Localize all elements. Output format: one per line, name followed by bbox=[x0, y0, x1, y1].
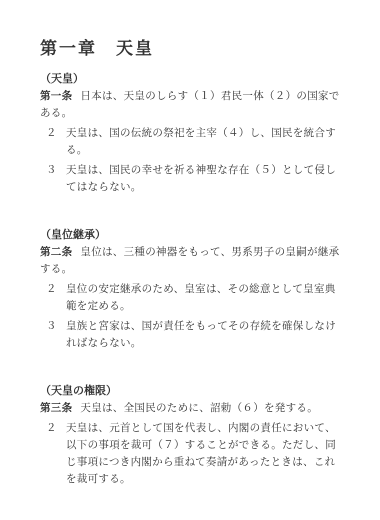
article-caption: （皇位継承） bbox=[40, 228, 340, 244]
article-1: 第一条日本は、天皇のしらす（１）君民一体（２）の国家である。 bbox=[40, 88, 340, 122]
paragraph-text: 皇族と宮家は、国が責任をもってその存続を確保しなければならない。 bbox=[66, 320, 336, 349]
section-emperor: （天皇） 第一条日本は、天皇のしらす（１）君民一体（２）の国家である。 ２ 天皇… bbox=[40, 72, 340, 196]
section-succession: （皇位継承） 第二条皇位は、三種の神器をもって、男系男子の皇嗣が継承する。 ２ … bbox=[40, 228, 340, 352]
article-caption: （天皇） bbox=[40, 72, 340, 88]
article-caption: （天皇の権限） bbox=[40, 384, 340, 400]
article-number: 第二条 bbox=[40, 246, 72, 258]
article-3: 第三条天皇は、全国民のために、詔勅（６）を発する。 bbox=[40, 400, 340, 417]
paragraph-number: ２ bbox=[46, 125, 66, 142]
paragraph-number: ２ bbox=[46, 420, 66, 437]
paragraph-2-2: ２ 皇位の安定継承のため、皇室は、その総意として皇室典範を定める。 bbox=[40, 281, 340, 315]
article-text: 皇位は、三種の神器をもって、男系男子の皇嗣が継承する。 bbox=[40, 246, 339, 275]
paragraph-1-3: ３ 天皇は、国民の幸せを祈る神聖な存在（５）として侵してはならない。 bbox=[40, 162, 340, 196]
article-2: 第二条皇位は、三種の神器をもって、男系男子の皇嗣が継承する。 bbox=[40, 244, 340, 278]
chapter-title: 第一章 天皇 bbox=[40, 34, 154, 59]
paragraph-number: ３ bbox=[46, 162, 66, 179]
paragraph-number: ２ bbox=[46, 281, 66, 298]
paragraph-3-2: ２ 天皇は、元首として国を代表し、内閣の責任において、以下の事項を裁可（７）する… bbox=[40, 420, 340, 488]
article-number: 第三条 bbox=[40, 402, 72, 414]
article-text: 日本は、天皇のしらす（１）君民一体（２）の国家である。 bbox=[40, 90, 340, 119]
article-text: 天皇は、全国民のために、詔勅（６）を発する。 bbox=[80, 402, 318, 414]
article-number: 第一条 bbox=[40, 90, 72, 102]
paragraph-1-2: ２ 天皇は、国の伝統の祭祀を主宰（４）し、国民を統合する。 bbox=[40, 125, 340, 159]
paragraph-text: 天皇は、国の伝統の祭祀を主宰（４）し、国民を統合する。 bbox=[66, 127, 336, 156]
paragraph-number: ３ bbox=[46, 318, 66, 335]
section-emperor-powers: （天皇の権限） 第三条天皇は、全国民のために、詔勅（６）を発する。 ２ 天皇は、… bbox=[40, 384, 340, 488]
paragraph-2-3: ３ 皇族と宮家は、国が責任をもってその存続を確保しなければならない。 bbox=[40, 318, 340, 352]
paragraph-text: 天皇は、国民の幸せを祈る神聖な存在（５）として侵してはならない。 bbox=[66, 164, 336, 193]
paragraph-text: 天皇は、元首として国を代表し、内閣の責任において、以下の事項を裁可（７）すること… bbox=[66, 422, 336, 485]
paragraph-text: 皇位の安定継承のため、皇室は、その総意として皇室典範を定める。 bbox=[66, 283, 336, 312]
